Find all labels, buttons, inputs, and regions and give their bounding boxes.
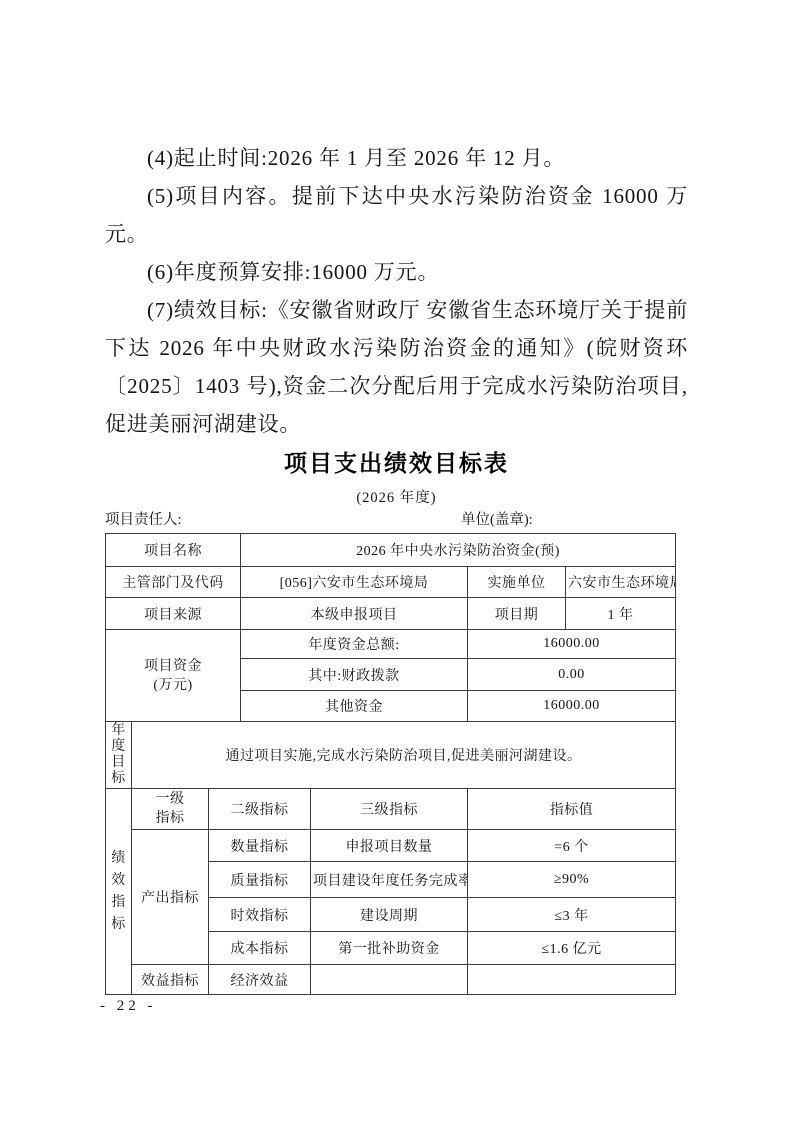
source-value: 本级申报项目 (241, 598, 468, 630)
indicator-value: =6 个 (468, 830, 676, 862)
funds-label: 项目资金 (万元) (106, 630, 241, 722)
indicator-value: ≥90% (468, 862, 676, 898)
benefit-l3-empty (311, 965, 468, 995)
table-row: 项目名称 2026 年中央水污染防治资金(预) (106, 534, 676, 567)
funds-total-label: 年度资金总额: (241, 630, 468, 659)
benefit-l2: 经济效益 (209, 965, 311, 995)
header-level3: 三级指标 (311, 789, 468, 830)
indicator-value: ≤1.6 亿元 (468, 932, 676, 965)
responsible-person-label: 项目责任人: (105, 512, 182, 528)
dept-value: [056]六安市生态环境局 (241, 567, 468, 598)
performance-target-table: 项目名称 2026 年中央水污染防治资金(预) 主管部门及代码 [056]六安市… (105, 533, 676, 995)
indicator-l3: 项目建设年度任务完成率 (311, 862, 468, 898)
table-row: 产出指标 数量指标 申报项目数量 =6 个 (106, 830, 676, 862)
signature-row: 项目责任人: 单位(盖章): (105, 508, 688, 529)
indicator-value: ≤3 年 (468, 898, 676, 932)
source-label: 项目来源 (106, 598, 241, 630)
funds-total-value: 16000.00 (468, 630, 676, 659)
annual-goal-label: 年度 目标 (106, 722, 132, 789)
table-row: 项目来源 本级申报项目 项目期 1 年 (106, 598, 676, 630)
indicator-l2: 成本指标 (209, 932, 311, 965)
funds-fiscal-label: 其中:财政拨款 (241, 659, 468, 691)
period-value: 1 年 (566, 598, 676, 630)
benefit-value-empty (468, 965, 676, 995)
header-level2: 二级指标 (209, 789, 311, 830)
header-level1: 一级 指标 (132, 789, 209, 830)
annual-goal-value: 通过项目实施,完成水污染防治项目,促进美丽河湖建设。 (132, 722, 676, 789)
table-row: 绩 效 指 标 一级 指标 二级指标 三级指标 指标值 (106, 789, 676, 830)
indicator-l2: 时效指标 (209, 898, 311, 932)
table-row: 年度 目标 通过项目实施,完成水污染防治项目,促进美丽河湖建设。 (106, 722, 676, 789)
funds-other-label: 其他资金 (241, 691, 468, 722)
paragraph-start-end-time: (4)起止时间:2026 年 1 月至 2026 年 12 月。 (105, 139, 688, 177)
indicator-l3: 第一批补助资金 (311, 932, 468, 965)
project-name-value: 2026 年中央水污染防治资金(预) (241, 534, 676, 567)
header-value: 指标值 (468, 789, 676, 830)
dept-label: 主管部门及代码 (106, 567, 241, 598)
form-title: 项目支出绩效目标表 (0, 445, 793, 478)
body-paragraphs: (4)起止时间:2026 年 1 月至 2026 年 12 月。 (5)项目内容… (105, 139, 688, 443)
table-row: 主管部门及代码 [056]六安市生态环境局 实施单位 六安市生态环境局 (106, 567, 676, 598)
indicator-l2: 质量指标 (209, 862, 311, 898)
paragraph-annual-budget: (6)年度预算安排:16000 万元。 (105, 253, 688, 291)
funds-fiscal-value: 0.00 (468, 659, 676, 691)
form-subtitle: (2026 年度) (0, 486, 793, 507)
paragraph-performance-goal: (7)绩效目标:《安徽省财政厅 安徽省生态环境厅关于提前下达 2026 年中央财… (105, 291, 688, 443)
table-row: 项目资金 (万元) 年度资金总额: 16000.00 (106, 630, 676, 659)
indicator-l3: 申报项目数量 (311, 830, 468, 862)
benefit-indicator-label: 效益指标 (132, 965, 209, 995)
unit-seal-label: 单位(盖章): (461, 508, 533, 529)
page-number: - 22 - (100, 998, 157, 1015)
project-name-label: 项目名称 (106, 534, 241, 567)
perf-indicator-label: 绩 效 指 标 (106, 789, 132, 995)
table-row: 效益指标 经济效益 (106, 965, 676, 995)
document-page: (4)起止时间:2026 年 1 月至 2026 年 12 月。 (5)项目内容… (0, 0, 793, 1122)
indicator-l2: 数量指标 (209, 830, 311, 862)
impl-unit-label: 实施单位 (468, 567, 566, 598)
paragraph-project-content: (5)项目内容。提前下达中央水污染防治资金 16000 万元。 (105, 177, 688, 253)
indicator-l3: 建设周期 (311, 898, 468, 932)
output-indicator-label: 产出指标 (132, 830, 209, 965)
funds-other-value: 16000.00 (468, 691, 676, 722)
impl-unit-value: 六安市生态环境局 (566, 567, 676, 598)
period-label: 项目期 (468, 598, 566, 630)
